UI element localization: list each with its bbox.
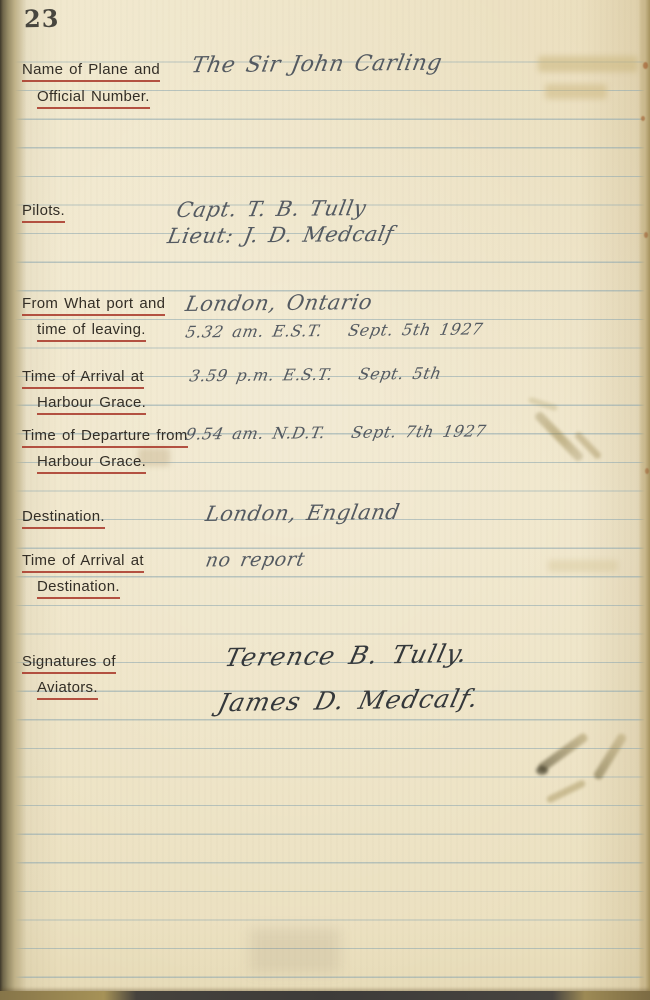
label-signatures-line2: Aviators.	[37, 680, 98, 700]
label-arrival-harbour-grace-line1: Time of Arrival at	[22, 369, 144, 389]
page-stack-edge	[638, 0, 650, 1000]
value-arrival-destination: no report	[204, 548, 307, 571]
value-departure-time: 5.32 am. E.S.T. Sept. 5th 1927	[184, 319, 485, 341]
value-pilot-2: Lieut: J. D. Medcalf	[166, 222, 396, 248]
value-pilot-1: Capt. T. B. Tully	[175, 196, 369, 222]
page-number: 23	[24, 4, 60, 34]
value-departure-harbour-grace: 9.54 am. N.D.T. Sept. 7th 1927	[184, 421, 488, 443]
value-destination: London, England	[204, 500, 402, 526]
label-name-of-plane-line2: Official Number.	[37, 89, 150, 109]
book-cover-edge	[0, 991, 650, 1000]
label-departure-harbour-grace-line2: Harbour Grace.	[37, 454, 146, 474]
label-signatures-line1: Signatures of	[22, 654, 116, 674]
label-departure-harbour-grace-line1: Time of Departure from	[22, 428, 188, 448]
label-destination: Destination.	[22, 509, 105, 529]
label-arrival-harbour-grace-line2: Harbour Grace.	[37, 395, 146, 415]
label-name-of-plane-line1: Name of Plane and	[22, 62, 160, 82]
label-arrival-destination-line1: Time of Arrival at	[22, 553, 144, 573]
signature-pilot-2: James D. Medcalf.	[215, 684, 482, 718]
value-plane-name: The Sir John Carling	[189, 51, 444, 79]
signature-pilot-1: Terence B. Tully.	[222, 639, 471, 672]
value-departure-port: London, Ontario	[184, 290, 375, 316]
label-from-port-line1: From What port and	[22, 296, 165, 316]
label-arrival-destination-line2: Destination.	[37, 579, 120, 599]
value-arrival-harbour-grace: 3.59 p.m. E.S.T. Sept. 5th	[188, 364, 443, 386]
book-binding-edge	[0, 0, 26, 1000]
label-from-port-line2: time of leaving.	[37, 322, 146, 342]
logbook-page: 23 Name of Plane and Official Number. Th…	[0, 0, 650, 1000]
label-pilots: Pilots.	[22, 203, 65, 223]
